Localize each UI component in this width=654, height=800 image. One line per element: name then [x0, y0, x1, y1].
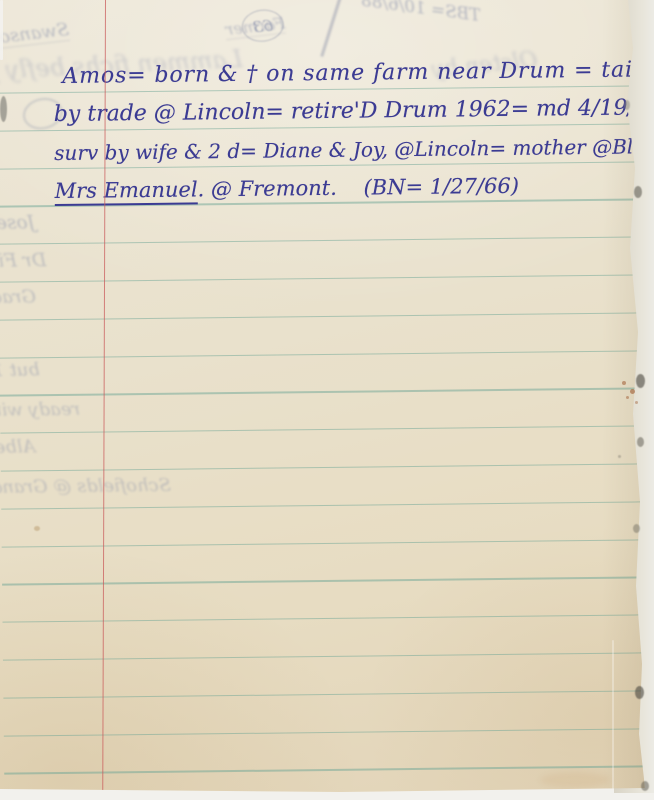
edge-speck — [634, 186, 642, 198]
rust-spot — [622, 381, 626, 385]
ruled-lines — [0, 0, 643, 4]
rule-line — [2, 577, 650, 586]
page-content-layer: SwansonFarmerTBS= 10/6/88Lammen fichs be… — [0, 0, 652, 798]
edge-speck — [637, 437, 644, 447]
bleed-lower-line: but 1964 Mrs & Jan 5 @ BLA Blair woman &… — [0, 359, 40, 391]
rule-line — [0, 312, 647, 321]
scanned-page-background: SwansonFarmerTBS= 10/6/88Lammen fichs be… — [0, 0, 654, 800]
edge-speck — [618, 455, 621, 458]
rule-line — [3, 690, 651, 699]
bleed-mid-line: Grace M= 10/6/04 - 7/1/66 (Drum) Edward … — [0, 286, 36, 313]
edge-speck — [624, 100, 630, 110]
stain — [0, 0, 3, 60]
edge-speck — [635, 686, 644, 699]
bleed-top-right-note: TBS= 10/6/88 — [359, 0, 481, 26]
rule-line — [2, 539, 650, 548]
bleed-lower-line: Schofields @ Grand Brown — [0, 475, 171, 499]
bleed-top-left-word: Swanson — [0, 19, 70, 50]
rust-spot — [626, 396, 629, 399]
notebook-page: SwansonFarmerTBS= 10/6/88Lammen fichs be… — [0, 0, 648, 794]
bleed-lower-line: Albert Brooks the Burial, Nor Anderson F… — [0, 436, 36, 462]
rule-line — [0, 274, 647, 283]
rule-line — [1, 501, 649, 510]
stain — [0, 96, 7, 122]
edge-speck — [633, 524, 640, 533]
stain — [612, 640, 614, 790]
bleed-circled-number: 63 — [240, 7, 285, 44]
stain — [540, 772, 610, 788]
rule-line — [1, 463, 649, 472]
bleed-mid-line: Joseph & Clara a (634) June 5, 1970 J&B … — [0, 212, 35, 239]
edge-speck — [641, 781, 649, 791]
bleed-mid-line: Dr Financially Hannah Christiansen Saylo… — [0, 250, 47, 276]
rule-line — [0, 388, 648, 397]
bleed-stroke — [320, 0, 341, 57]
stain — [34, 526, 40, 531]
rule-line — [0, 237, 646, 246]
rule-line — [0, 350, 648, 359]
handwriting-line: Mrs Emanuel. @ Fremont. (BN= 1/27/66) — [54, 173, 519, 204]
rust-spot — [635, 401, 638, 404]
rule-line — [3, 652, 651, 661]
handwriting-line: Amos= born & † on same farm near Drum = … — [62, 57, 654, 90]
rust-spot — [630, 389, 635, 394]
rule-line — [4, 728, 652, 737]
bleed-lower-line: ready with Jordan out, 4 pck Spg oh bygg… — [0, 399, 80, 425]
underlined-name: Mrs Emanuel — [55, 177, 198, 206]
handwritten-note: Amos= born & † on same farm near Drum = … — [0, 0, 643, 4]
rule-line — [3, 614, 651, 623]
edge-speck — [636, 374, 645, 388]
bleed-through-layer: SwansonFarmerTBS= 10/6/88Lammen fichs be… — [0, 0, 643, 4]
bleed-circled-number-text: 63 — [252, 15, 274, 36]
rule-line — [0, 426, 648, 435]
